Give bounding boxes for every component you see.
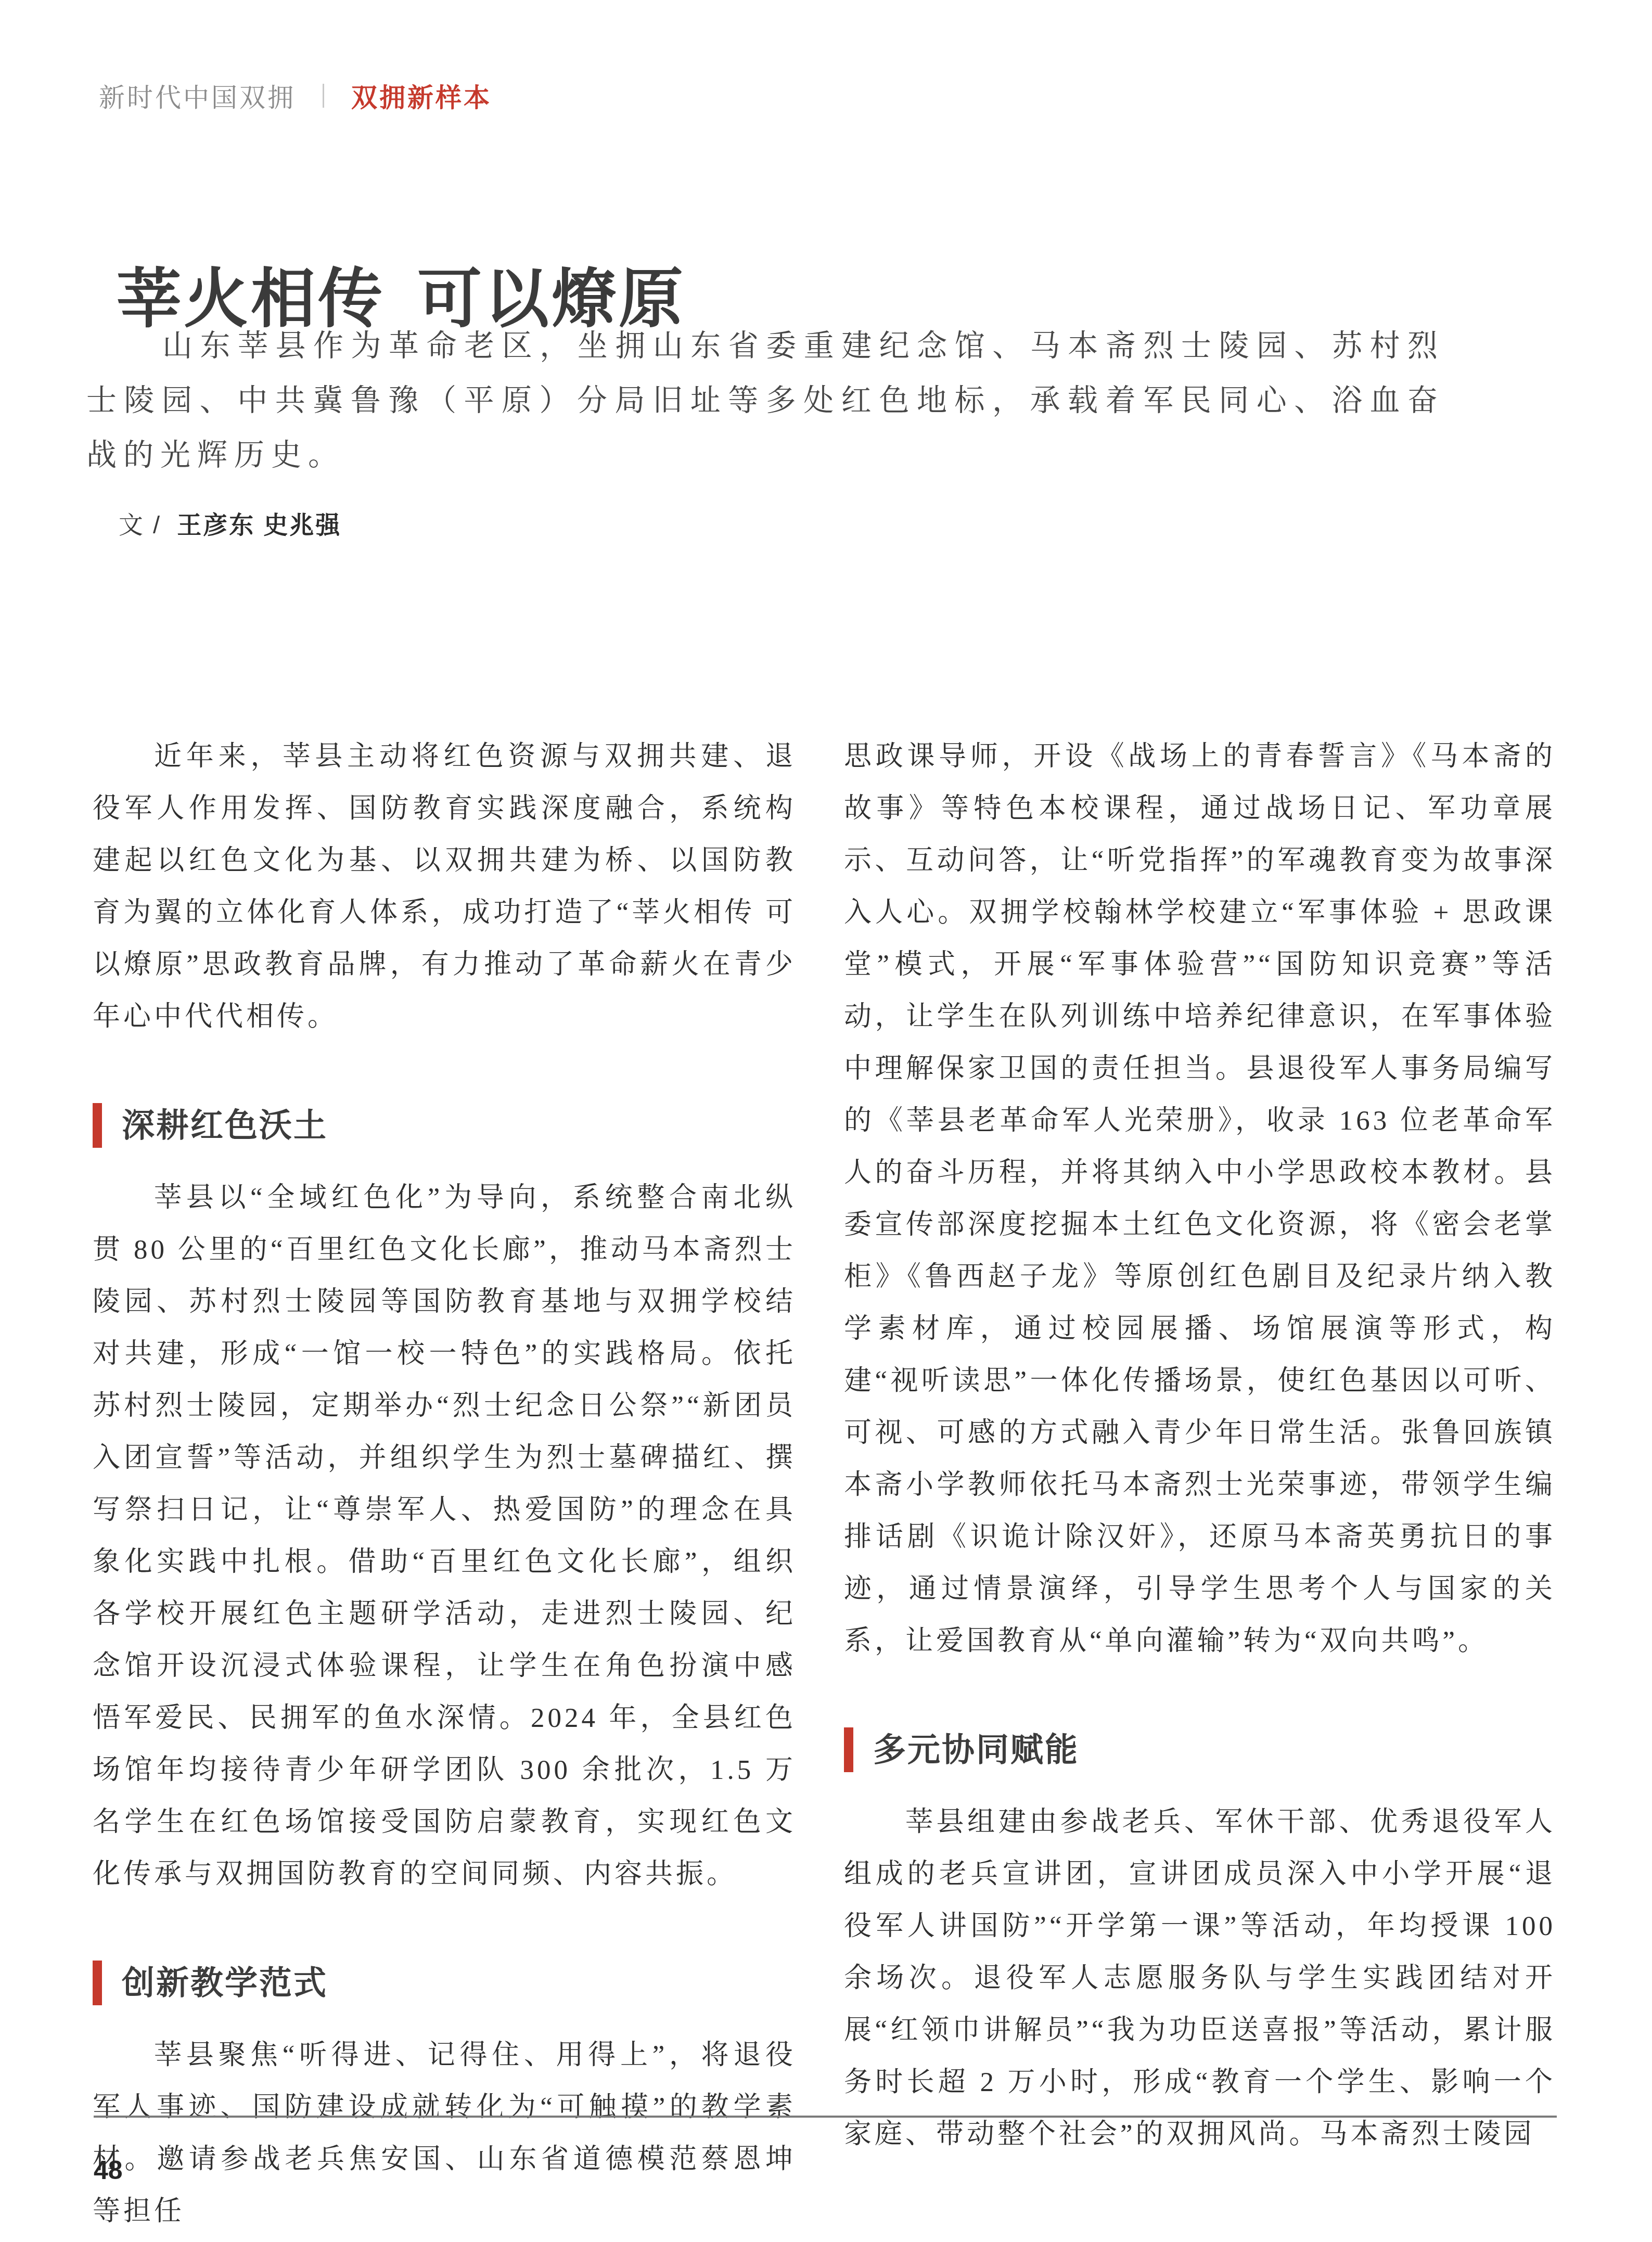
paragraph-multi-synergy: 莘县组建由参战老兵、军休干部、优秀退役军人组成的老兵宣讲团，宣讲团成员深入中小学…	[844, 1796, 1556, 2160]
kicker-section-label: 新时代中国双拥	[99, 77, 296, 114]
kicker-divider	[323, 84, 324, 108]
body-column-left: 近年来，莘县主动将红色资源与双拥共建、退役军人作用发挥、国防教育实践深度融合，系…	[93, 731, 796, 2237]
magazine-page: 新时代中国双拥 双拥新样本 莘火相传 可以燎原 山东莘县作为革命老区，坐拥山东省…	[0, 0, 1652, 2242]
section-heading-2: 创新教学范式	[93, 1961, 796, 2005]
footer-divider-line	[94, 2116, 1557, 2118]
section-heading-1-label: 深耕红色沃土	[122, 1109, 328, 1142]
body-column-right: 思政课导师，开设《战场上的青春誓言》《马本斋的故事》等特色本校课程，通过战场日记…	[844, 731, 1556, 2160]
section-heading-2-label: 创新教学范式	[122, 1967, 328, 2000]
section-heading-3: 多元协同赋能	[844, 1727, 1556, 1772]
article-intro: 山东莘县作为革命老区，坐拥山东省委重建纪念馆、马本斋烈士陵园、苏村烈士陵园、中共…	[86, 318, 1444, 482]
byline-prefix: 文 /	[119, 511, 161, 539]
red-bar-icon	[93, 1961, 102, 2005]
section-heading-3-label: 多元协同赋能	[873, 1734, 1079, 1766]
paragraph-teaching-paradigm: 莘县聚焦“听得进、记得住、用得上”，将退役军人事迹、国防建设成就转化为“可触摸”…	[93, 2029, 796, 2237]
page-number: 48	[94, 2155, 123, 2185]
page-kicker: 新时代中国双拥 双拥新样本	[99, 77, 492, 114]
kicker-highlight-label: 双拥新样本	[351, 77, 492, 114]
paragraph-red-soil: 莘县以“全域红色化”为导向，系统整合南北纵贯 80 公里的“百里红色文化长廊”，…	[93, 1172, 796, 1900]
red-bar-icon	[93, 1103, 102, 1148]
byline: 文 / 王彦东 史兆强	[119, 506, 341, 541]
red-bar-icon	[844, 1727, 853, 1772]
paragraph-overview: 近年来，莘县主动将红色资源与双拥共建、退役军人作用发挥、国防教育实践深度融合，系…	[93, 731, 796, 1043]
byline-authors: 王彦东 史兆强	[177, 511, 341, 539]
section-heading-1: 深耕红色沃土	[93, 1103, 796, 1148]
paragraph-teaching-paradigm-continued: 思政课导师，开设《战场上的青春誓言》《马本斋的故事》等特色本校课程，通过战场日记…	[844, 731, 1556, 1667]
